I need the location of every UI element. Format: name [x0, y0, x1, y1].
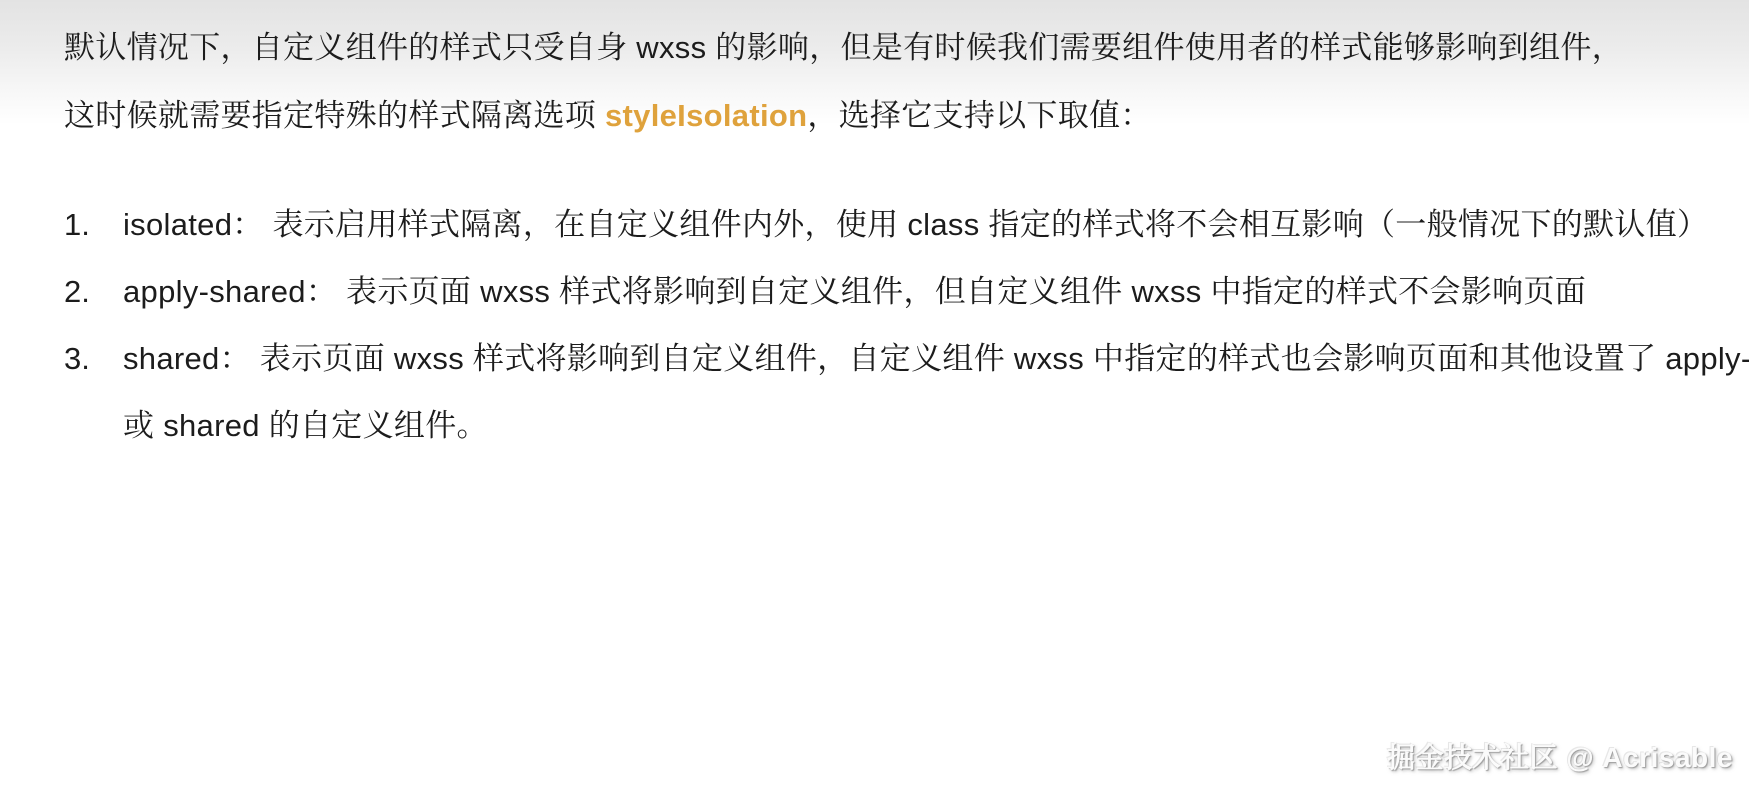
intro-line-1: 默认情况下，自定义组件的样式只受自身 wxss 的影响，但是有时候我们需要组件使… — [64, 14, 1713, 82]
list-item-text: shared： 表示页面 wxss 样式将影响到自定义组件，自定义组件 wxss… — [123, 325, 1713, 392]
list-item-number: 1. — [64, 191, 123, 258]
list-item-body: apply-shared： 表示页面 wxss 样式将影响到自定义组件，但自定义… — [123, 258, 1713, 325]
list-item-text: isolated： 表示启用样式隔离，在自定义组件内外，使用 class 指定的… — [123, 191, 1713, 258]
list-item-body: shared： 表示页面 wxss 样式将影响到自定义组件，自定义组件 wxss… — [123, 325, 1713, 459]
list-item-text-continuation: 或 shared 的自定义组件。 — [123, 392, 1713, 459]
list-item-body: isolated： 表示启用样式隔离，在自定义组件内外，使用 class 指定的… — [123, 191, 1713, 258]
list-item-number: 3. — [64, 325, 123, 392]
document-page: { "colors": { "text": "#1c1c1c", "highli… — [0, 0, 1749, 797]
list-item: 2. apply-shared： 表示页面 wxss 样式将影响到自定义组件，但… — [64, 258, 1713, 325]
watermark: 掘金技术社区 @ Acrisable — [1387, 736, 1733, 776]
intro-line-2-prefix: 这时候就需要指定特殊的样式隔离选项 — [64, 98, 605, 133]
list-item: 1. isolated： 表示启用样式隔离，在自定义组件内外，使用 class … — [64, 191, 1713, 258]
intro-line-2: 这时候就需要指定特殊的样式隔离选项 styleIsolation，选择它支持以下… — [64, 82, 1713, 150]
intro-line-2-suffix: ，选择它支持以下取值： — [807, 98, 1151, 133]
style-isolation-keyword: styleIsolation — [605, 98, 807, 133]
document-content: 默认情况下，自定义组件的样式只受自身 wxss 的影响，但是有时候我们需要组件使… — [64, 14, 1713, 459]
style-isolation-values-list: 1. isolated： 表示启用样式隔离，在自定义组件内外，使用 class … — [64, 191, 1713, 459]
list-item: 3. shared： 表示页面 wxss 样式将影响到自定义组件，自定义组件 w… — [64, 325, 1713, 459]
intro-paragraph: 默认情况下，自定义组件的样式只受自身 wxss 的影响，但是有时候我们需要组件使… — [64, 14, 1713, 150]
list-item-text: apply-shared： 表示页面 wxss 样式将影响到自定义组件，但自定义… — [123, 258, 1713, 325]
list-item-number: 2. — [64, 258, 123, 325]
